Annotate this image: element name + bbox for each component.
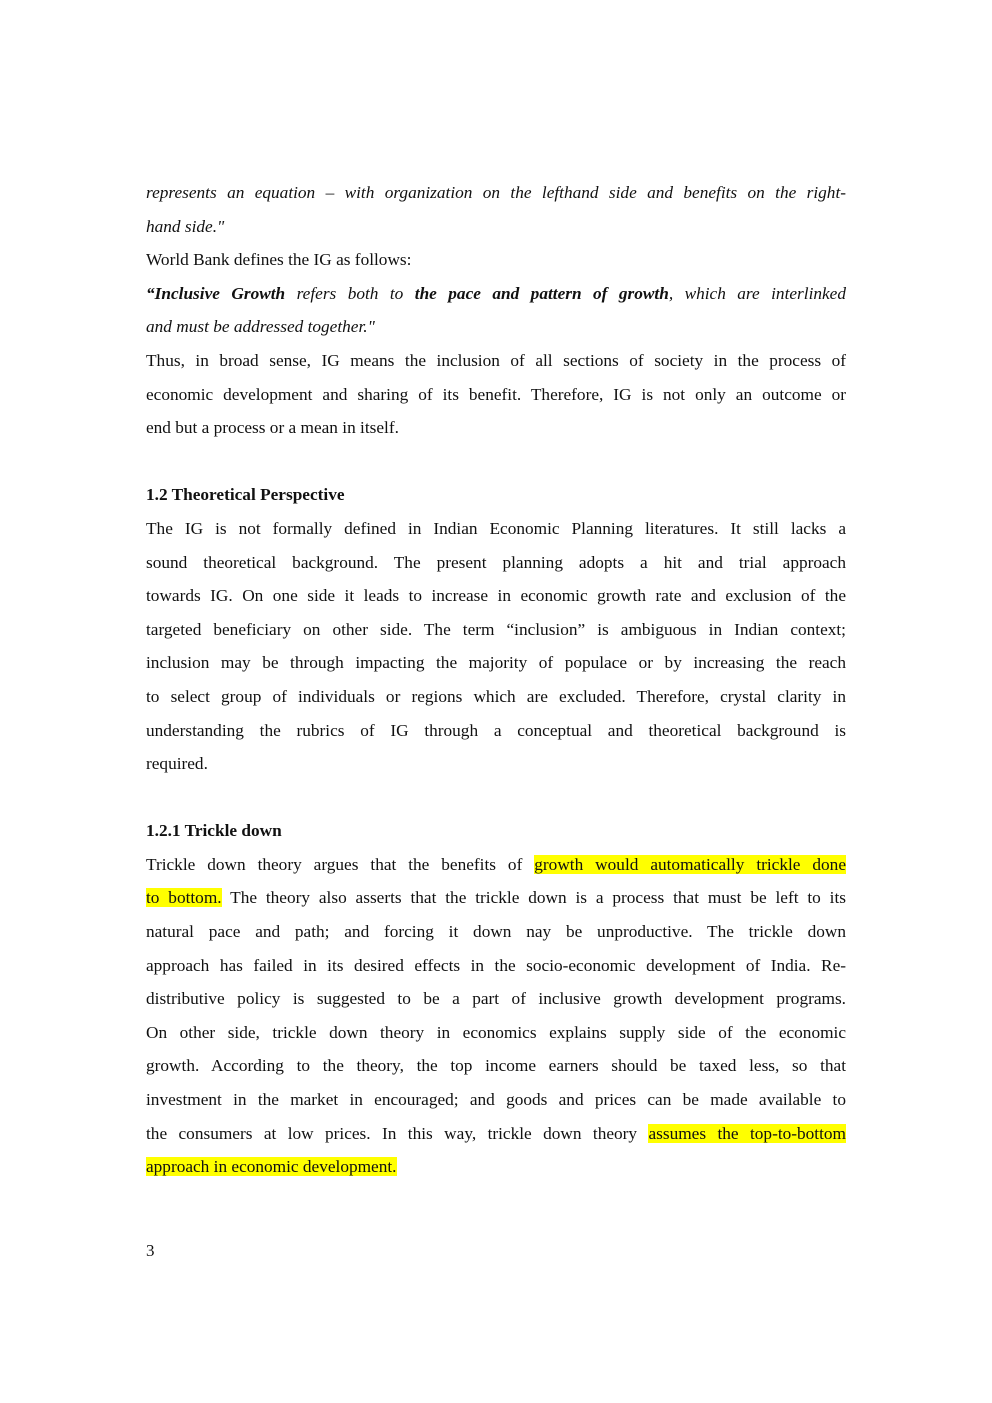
highlighted-text: assumes the top-to-bottom (648, 1124, 846, 1143)
paragraph-line: end but a process or a mean in itself. (146, 411, 846, 445)
text: the consumers at low prices. In this way… (146, 1124, 648, 1143)
paragraph-line: approach has failed in its desired effec… (146, 949, 846, 983)
quote-open: “ (146, 284, 155, 303)
quote-continuation-end: hand side." (146, 210, 846, 244)
paragraph-line: inclusion may be through impacting the m… (146, 646, 846, 680)
highlighted-text: growth would automatically trickle done (534, 855, 846, 874)
quote-bold-phrase: the pace and pattern of growth (415, 284, 669, 303)
quote-text: refers both to (285, 284, 415, 303)
quote-text: , which are interlinked (669, 284, 846, 303)
quote-bold-term: Inclusive Growth (155, 284, 286, 303)
world-bank-intro: World Bank defines the IG as follows: (146, 243, 846, 277)
paragraph-line: investment in the market in encouraged; … (146, 1083, 846, 1117)
section-heading-1-2-1: 1.2.1 Trickle down (146, 814, 846, 848)
paragraph-line: sound theoretical background. The presen… (146, 546, 846, 580)
paragraph-line: The IG is not formally defined in Indian… (146, 512, 846, 546)
paragraph-line: to bottom. The theory also asserts that … (146, 881, 846, 915)
paragraph-line: to select group of individuals or region… (146, 680, 846, 714)
paragraph-line: On other side, trickle down theory in ec… (146, 1016, 846, 1050)
highlighted-text: approach in economic development. (146, 1157, 397, 1176)
paragraph-line: growth. According to the theory, the top… (146, 1049, 846, 1083)
world-bank-quote-line2: and must be addressed together." (146, 310, 846, 344)
paragraph-line: approach in economic development. (146, 1150, 846, 1184)
paragraph-line: economic development and sharing of its … (146, 378, 846, 412)
section-heading-1-2: 1.2 Theoretical Perspective (146, 478, 846, 512)
paragraph-line: understanding the rubrics of IG through … (146, 714, 846, 748)
text: Trickle down theory argues that the bene… (146, 855, 534, 874)
paragraph-line: Thus, in broad sense, IG means the inclu… (146, 344, 846, 378)
text: The theory also asserts that the trickle… (222, 888, 846, 907)
paragraph-line: towards IG. On one side it leads to incr… (146, 579, 846, 613)
page-number: 3 (146, 1241, 155, 1261)
world-bank-quote-line1: “Inclusive Growth refers both to the pac… (146, 277, 846, 311)
paragraph-line: the consumers at low prices. In this way… (146, 1117, 846, 1151)
paragraph-line: natural pace and path; and forcing it do… (146, 915, 846, 949)
paragraph-line: Trickle down theory argues that the bene… (146, 848, 846, 882)
paragraph-line: distributive policy is suggested to be a… (146, 982, 846, 1016)
highlighted-text: to bottom. (146, 888, 222, 907)
paragraph-line: required. (146, 747, 846, 781)
document-page: represents an equation – with organizati… (146, 176, 846, 1184)
paragraph-line: targeted beneficiary on other side. The … (146, 613, 846, 647)
quote-continuation-line: represents an equation – with organizati… (146, 176, 846, 210)
